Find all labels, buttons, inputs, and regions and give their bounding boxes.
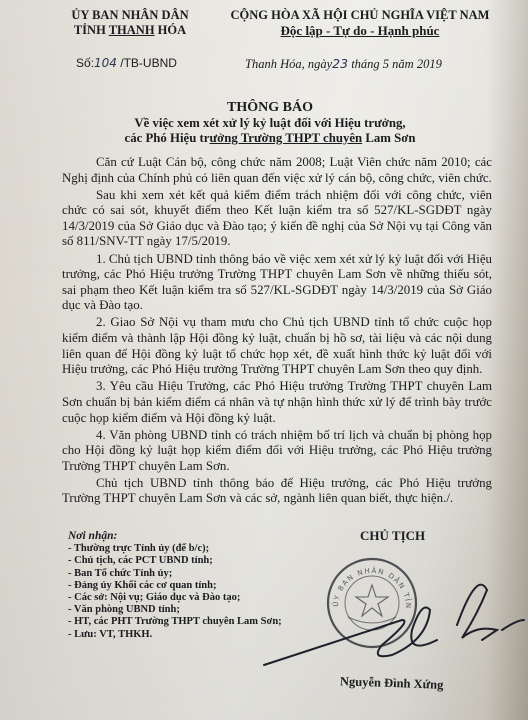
handwritten-number: 104 <box>94 56 117 70</box>
body-paragraph: Sau khi xem xét kết quả kiểm điểm trách … <box>62 188 492 250</box>
document-title: THÔNG BÁO <box>60 100 480 116</box>
recipient-item: - Lưu: VT, THKH. <box>68 629 282 641</box>
body-paragraph: Căn cứ Luật Cán bộ, công chức năm 2008; … <box>62 155 492 186</box>
handwritten-day: 23 <box>332 56 348 71</box>
recipient-item: - HT, các PHT Trường THPT chuyên Lam Sơn… <box>68 616 282 628</box>
issuer-line2: TỈNH THANH HÓA <box>60 23 200 38</box>
body-paragraph: 4. Văn phòng UBND tỉnh có trách nhiệm bố… <box>62 428 492 475</box>
body-paragraph: 1. Chủ tịch UBND tỉnh thông báo về việc … <box>62 252 492 314</box>
document-subtitle: Về việc xem xét xử lý kỷ luật đối với Hi… <box>60 116 480 146</box>
recipient-item: - Văn phòng UBND tỉnh; <box>68 604 282 616</box>
signer-position: CHỦ TỊCH <box>360 528 425 544</box>
recipient-item: - Ban Tổ chức Tỉnh ủy; <box>68 568 282 580</box>
issuer-line1: ỦY BAN NHÂN DÂN <box>60 8 200 23</box>
issuer-header: ỦY BAN NHÂN DÂN TỈNH THANH HÓA <box>60 8 200 38</box>
recipients-heading: Nơi nhận: <box>68 530 282 542</box>
document-body: Căn cứ Luật Cán bộ, công chức năm 2008; … <box>62 155 492 509</box>
document-number: Số:104 /TB-UBND <box>76 56 177 70</box>
recipient-item: - Chủ tịch, các PCT UBND tỉnh; <box>68 555 282 567</box>
national-motto: Độc lập - Tự do - Hạnh phúc <box>210 23 510 38</box>
recipient-item: - Đảng ủy Khối các cơ quan tỉnh; <box>68 580 282 592</box>
body-paragraph: 3. Yêu cầu Hiệu Trưởng, các Phó Hiệu trư… <box>62 379 492 426</box>
body-paragraph: Chủ tịch UBND tỉnh thông báo để Hiệu trư… <box>62 476 492 507</box>
national-header: CỘNG HÒA XÃ HỘI CHỦ NGHĨA VIỆT NAM Độc l… <box>210 8 510 38</box>
signer-name: Nguyễn Đình Xứng <box>340 674 444 693</box>
recipients-block: Nơi nhận: - Thường trực Tỉnh ủy (để b/c)… <box>68 530 282 641</box>
document-date: Thanh Hóa, ngày23 tháng 5 năm 2019 <box>245 56 442 72</box>
recipient-item: - Thường trực Tỉnh ủy (để b/c); <box>68 543 282 555</box>
country-name: CỘNG HÒA XÃ HỘI CHỦ NGHĨA VIỆT NAM <box>210 8 510 23</box>
body-paragraph: 2. Giao Sở Nội vụ tham mưu cho Chủ tịch … <box>62 315 492 377</box>
signature-scribble-icon <box>262 570 528 670</box>
recipient-item: - Các sở: Nội vụ; Giáo dục và Đào tạo; <box>68 592 282 604</box>
